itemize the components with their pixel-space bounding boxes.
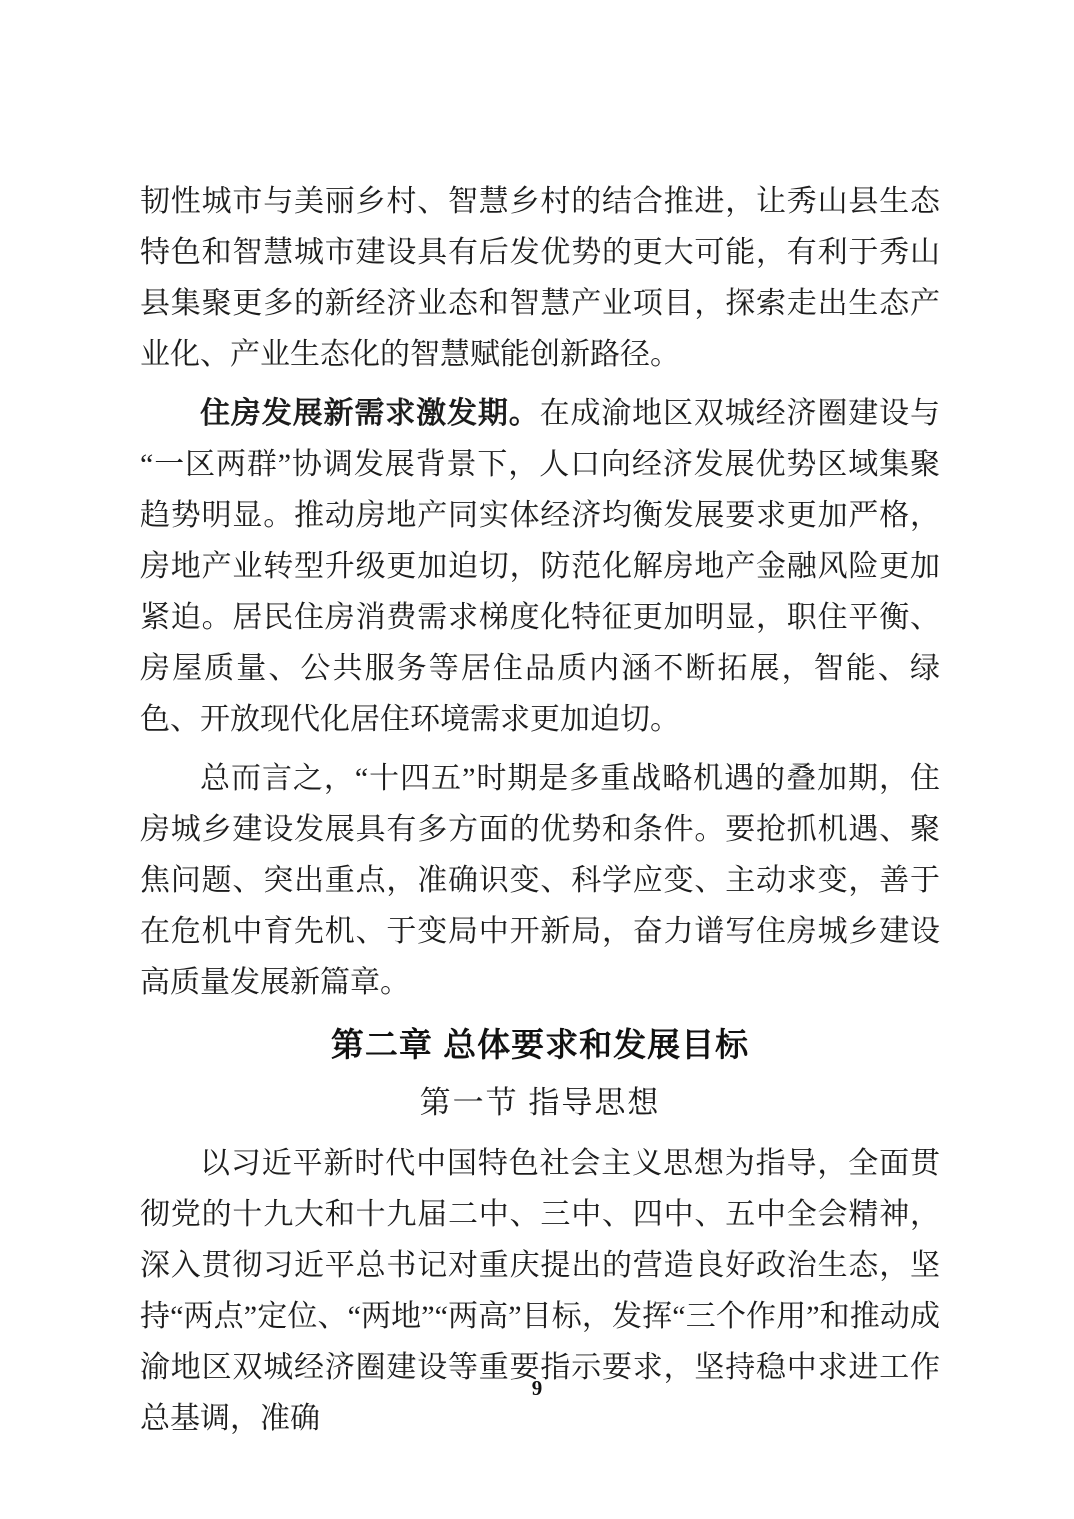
paragraph-housing-demand: 住房发展新需求激发期。在成渝地区双城经济圈建设与“一区两群”协调发展背景下，人口… xyxy=(140,388,940,745)
paragraph-lead-bold: 住房发展新需求激发期。 xyxy=(200,397,540,430)
section-heading: 第一节 指导思想 xyxy=(140,1076,940,1130)
paragraph-smart-city-continuation: 韧性城市与美丽乡村、智慧乡村的结合推进，让秀山县生态特色和智慧城市建设具有后发优… xyxy=(140,176,940,380)
paragraph-housing-demand-body: 在成渝地区双城经济圈建设与“一区两群”协调发展背景下，人口向经济发展优势区域集聚… xyxy=(140,397,940,736)
chapter-heading: 第二章 总体要求和发展目标 xyxy=(140,1018,940,1072)
document-page: 韧性城市与美丽乡村、智慧乡村的结合推进，让秀山县生态特色和智慧城市建设具有后发优… xyxy=(0,0,1074,1519)
page-footer: 9 xyxy=(0,1376,1074,1401)
page-number: 9 xyxy=(532,1376,543,1400)
paragraph-summary: 总而言之，“十四五”时期是多重战略机遇的叠加期，住房城乡建设发展具有多方面的优势… xyxy=(140,753,940,1008)
page-text-block: 韧性城市与美丽乡村、智慧乡村的结合推进，让秀山县生态特色和智慧城市建设具有后发优… xyxy=(140,176,940,1444)
